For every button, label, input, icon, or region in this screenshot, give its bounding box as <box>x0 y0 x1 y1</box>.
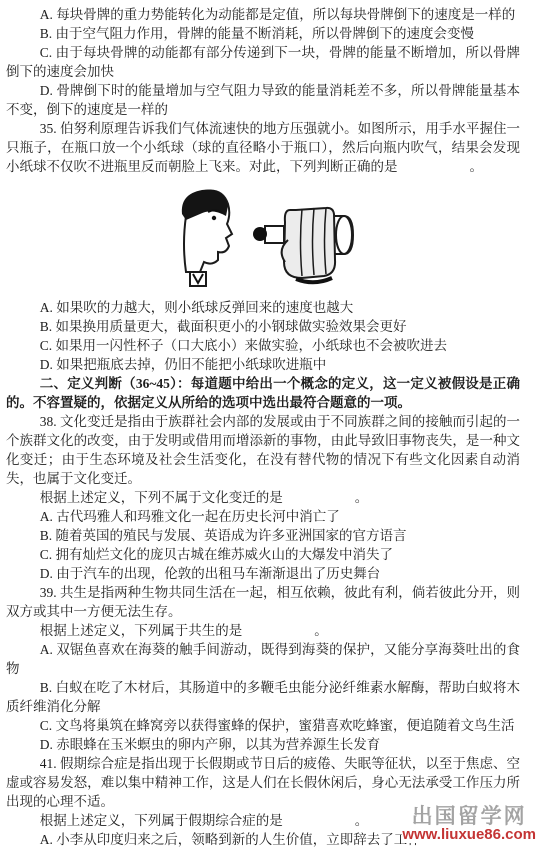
q39-stem: 39. 共生是指两种生物共同生活在一起，相互依赖，彼此有利，倘若彼此分开，则双方… <box>6 583 520 621</box>
q35-stem-text: 35. 伯努利原理告诉我们气体流速快的地方压强就小。如图所示，用手水平握住一只瓶… <box>6 121 520 174</box>
q35-figure <box>6 181 520 295</box>
q39-option-c: C. 文鸟将巢筑在蜂窝旁以获得蜜蜂的保护，蜜猎喜欢吃蜂蜜，便追随着文鸟生活 <box>6 716 520 735</box>
q38-option-b: B. 随着英国的殖民与发展、英语成为许多亚洲国家的官方语言 <box>6 526 520 545</box>
person-blowing-ball-into-bottle-illustration <box>156 184 371 292</box>
q34-option-c: C. 由于每块骨牌的动能都有部分传递到下一块，骨牌的能量不断增加，所以骨牌倒下的… <box>6 43 520 81</box>
watermark-site-name: 出国留学网 <box>402 805 536 827</box>
paper-ball-drawing <box>253 227 267 241</box>
person-head-drawing <box>181 190 231 286</box>
q41-blank-period: 。 <box>355 813 369 828</box>
q35-stem: 35. 伯努利原理告诉我们气体流速快的地方压强就小。如图所示，用手水平握住一只瓶… <box>6 119 520 176</box>
watermark: 出国留学网 www.liuxue86.com <box>402 805 536 843</box>
q38-stem: 38. 文化变迁是指由于族群社会内部的发展或由于不同族群之间的接触而引起的一个族… <box>6 412 520 488</box>
q34-option-a: A. 每块骨牌的重力势能转化为动能都是定值，所以每块骨牌倒下的速度是一样的 <box>6 5 520 24</box>
q39-option-a: A. 双锯鱼喜欢在海葵的触手间游动，既得到海葵的保护，又能分享海葵吐出的食物 <box>6 640 520 678</box>
q38-blank-period: 。 <box>355 490 369 505</box>
watermark-url: www.liuxue86.com <box>402 827 536 843</box>
q39-prompt-text: 根据上述定义，下列属于共生的是 <box>40 623 243 638</box>
exam-document-page: A. 每块骨牌的重力势能转化为动能都是定值，所以每块骨牌倒下的速度是一样的 B.… <box>0 0 550 847</box>
q38-prompt: 根据上述定义，下列不属于文化变迁的是。 <box>6 488 520 507</box>
q38-prompt-text: 根据上述定义，下列不属于文化变迁的是 <box>40 490 283 505</box>
q35-option-d: D. 如果把瓶底去掉，仍旧不能把小纸球吹进瓶中 <box>6 355 520 374</box>
q35-option-b: B. 如果换用质量更大，截面积更小的小钢球做实验效果会更好 <box>6 317 520 336</box>
eye <box>211 216 215 220</box>
q34-option-b: B. 由于空气阻力作用，骨牌的能量不断消耗，所以骨牌倒下的速度会变慢 <box>6 24 520 43</box>
q35-option-a: A. 如果吹的力越大，则小纸球反弹回来的速度也越大 <box>6 298 520 317</box>
q35-option-c: C. 如果用一闪性杯子（口大底小）来做实验，小纸球也不会被吹进去 <box>6 336 520 355</box>
q39-blank-period: 。 <box>314 623 328 638</box>
q34-option-d: D. 骨牌倒下时的能量增加与空气阻力导致的能量消耗差不多，所以骨牌能量基本不变，… <box>6 81 520 119</box>
q39-prompt: 根据上述定义，下列属于共生的是。 <box>6 621 520 640</box>
q39-option-d: D. 赤眼蜂在玉米螟虫的卵内产卵，以其为营养源生长发育 <box>6 735 520 754</box>
q38-option-c: C. 拥有灿烂文化的庞贝古城在维苏威火山的大爆发中消失了 <box>6 545 520 564</box>
section2-header: 二、定义判断（36~45）：每道题中给出一个概念的定义，这一定义被假设是正确的。… <box>6 374 520 412</box>
q41-stem: 41. 假期综合症是指出现于长假期或节日后的疲倦、失眠等征状，以至于焦虑、空虚或… <box>6 754 520 811</box>
q39-option-b: B. 白蚁在吃了木材后，其肠道中的多鞭毛虫能分泌纤维素水解酶，帮助白蚁将木质纤维… <box>6 678 520 716</box>
q38-option-a: A. 古代玛雅人和玛雅文化一起在历史长河中消亡了 <box>6 507 520 526</box>
q41-prompt-text: 根据上述定义，下列属于假期综合症的是 <box>40 813 283 828</box>
q38-option-d: D. 由于汽车的出现，伦敦的出租马车渐渐退出了历史舞台 <box>6 564 520 583</box>
hand-drawing <box>281 208 334 282</box>
bottle-bottom <box>336 216 352 254</box>
q35-blank-period: 。 <box>470 159 484 174</box>
bottle-neck <box>265 226 284 243</box>
